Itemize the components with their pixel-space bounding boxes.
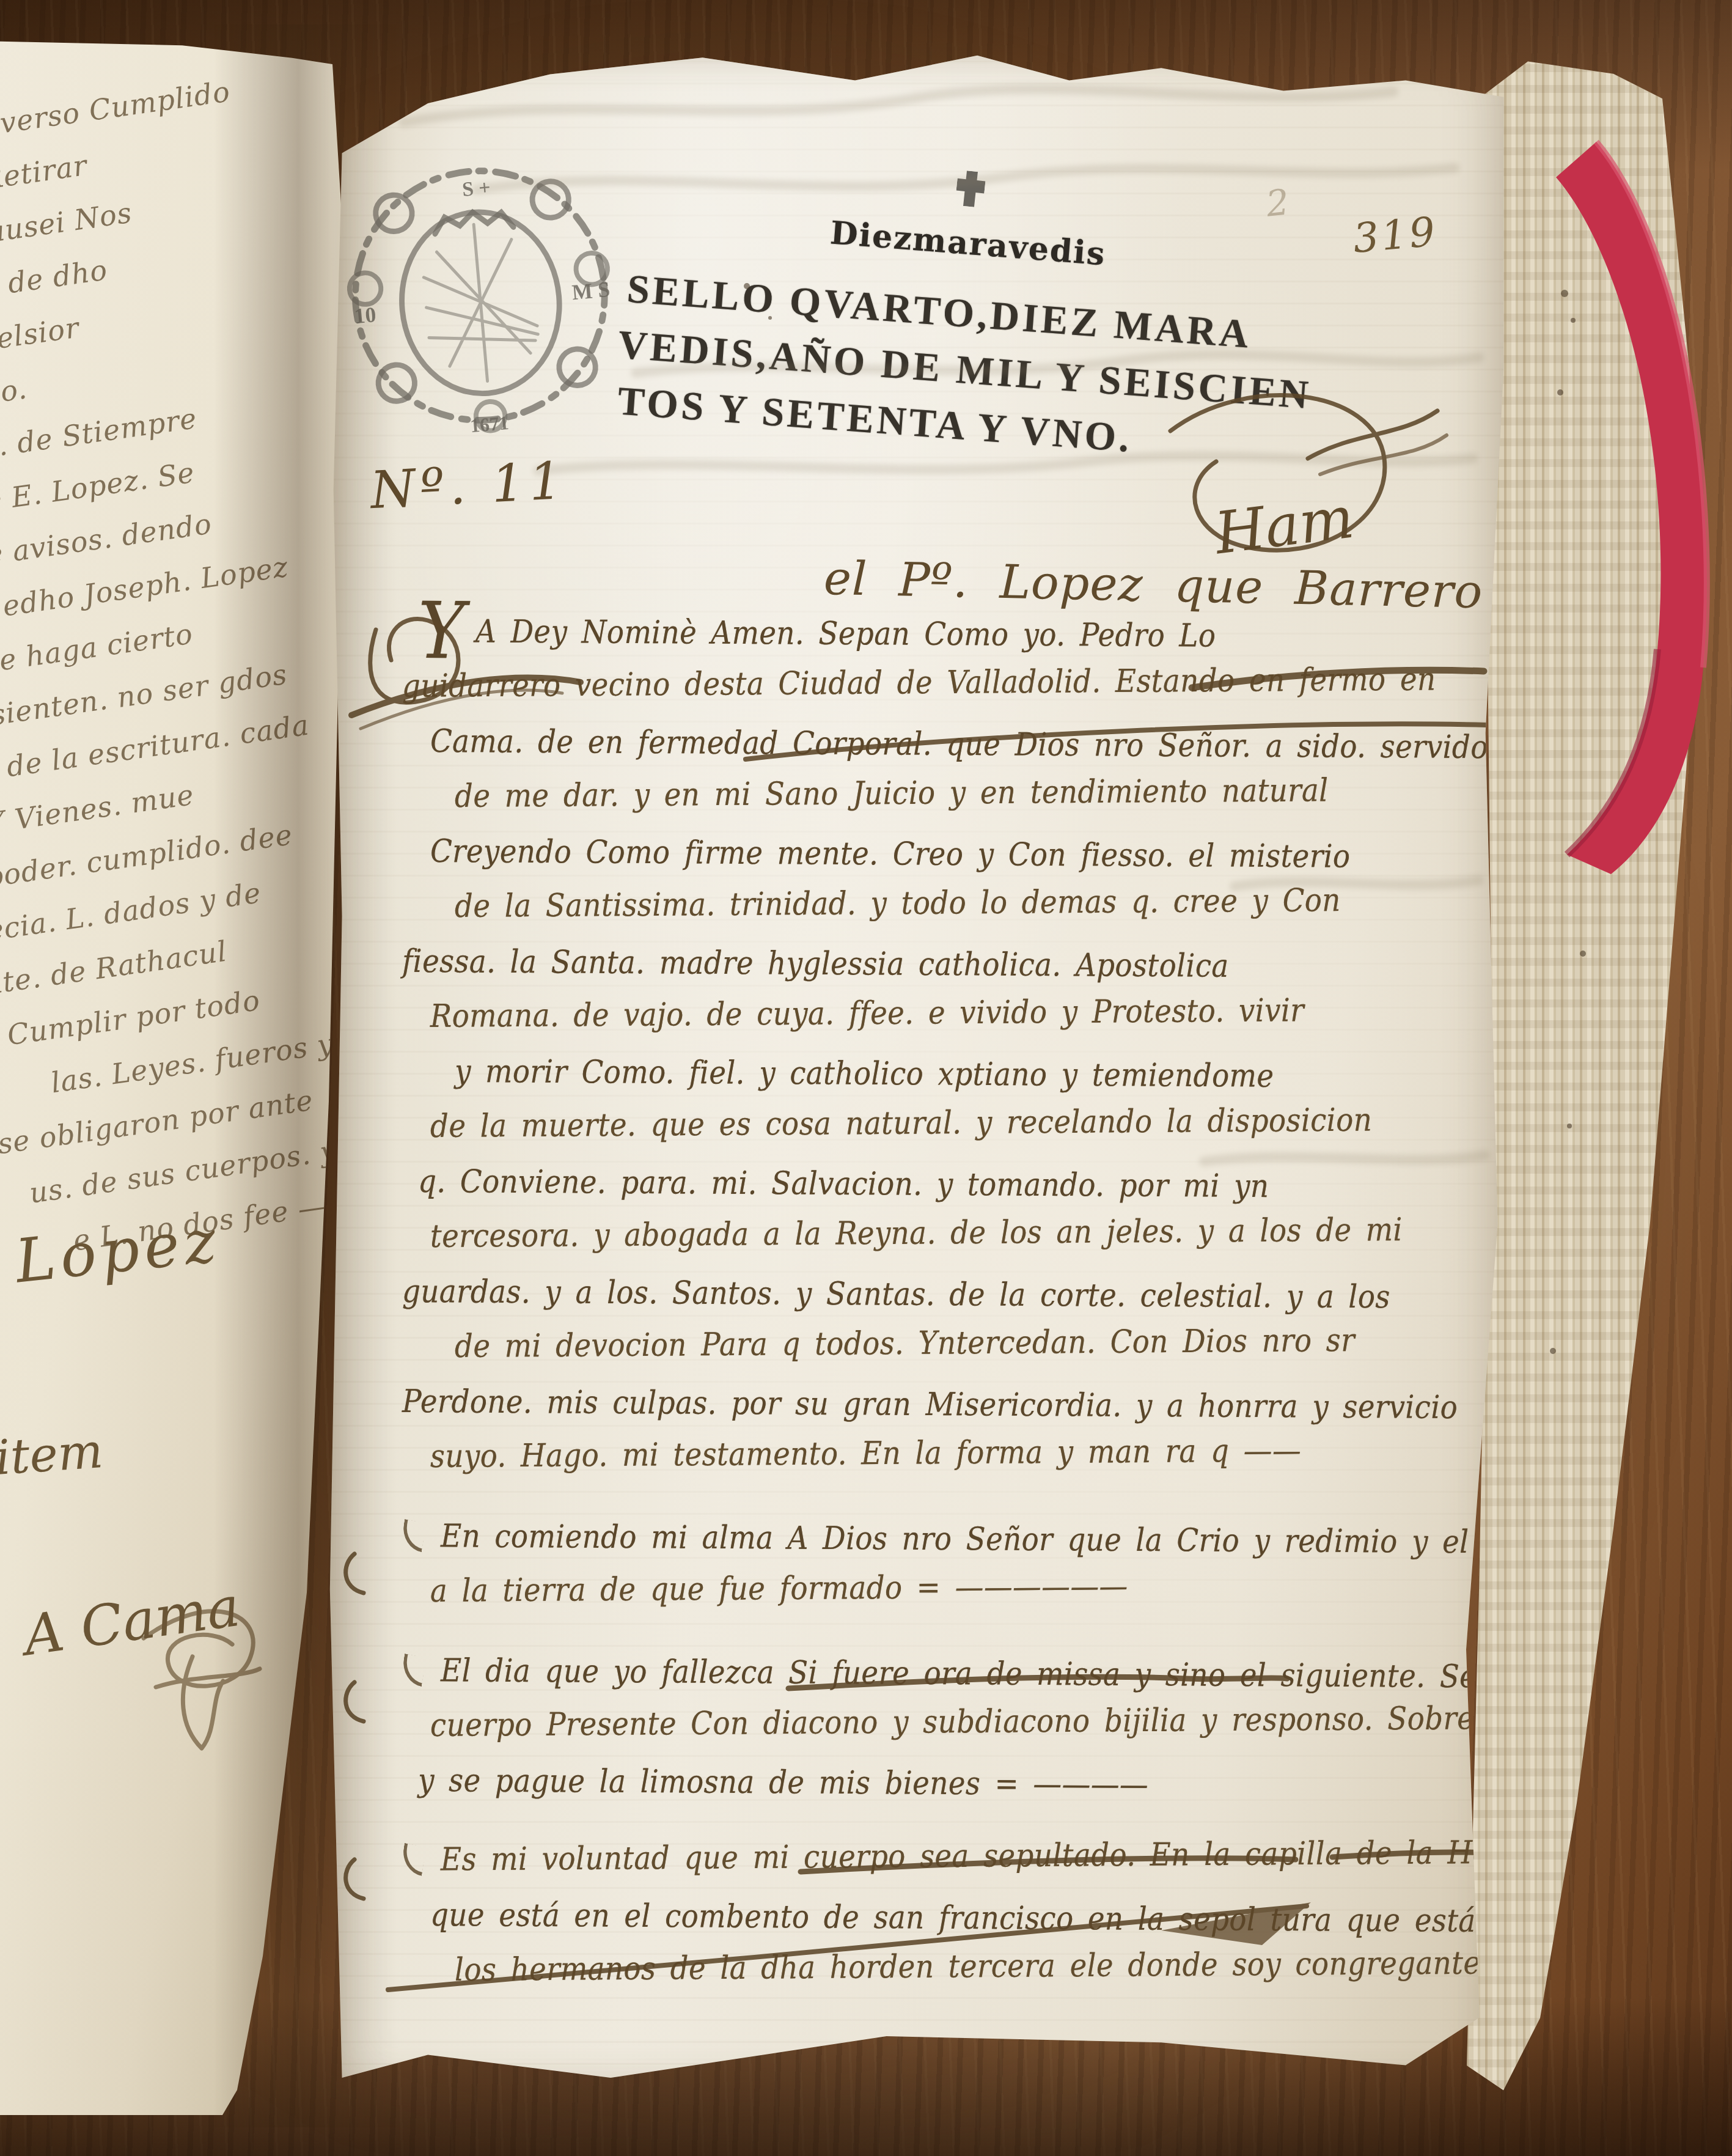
folio-secondary-mark: 2 [1264,181,1291,224]
manuscript-line: de mi devocion Para q todos. Yntercedan.… [455,1312,1403,1374]
manuscript-line: de me dar. y en mi Sano Juicio y en tend… [455,762,1403,824]
printed-heading: SELLO QVARTO,DIEZ MARA VEDIS,AÑO DE MIL … [617,261,1317,480]
main-page: S + 10 M S 1671 Diezmaravedis SELLO QVAR… [318,31,1528,2109]
manuscript-line: guidarrero vecino desta Ciudad de Vallad… [402,652,1398,714]
paragraph-mark-icon [400,1843,427,1876]
document-number: Nº. 11 [369,451,568,521]
book-gutter-shadow [214,24,397,2127]
printer-cross-icon [955,170,986,208]
seal-right-value: M S [571,277,611,304]
manuscript-line: Es mi voluntad que mi cuerpo sea sepulta… [402,1826,1398,1888]
manuscript-line: a la tierra de que fue formado = —————— [430,1557,1401,1619]
seal-year: 1671 [469,412,510,436]
paragraph-mark-icon [400,1654,426,1687]
signature-item: item [0,1424,105,1486]
manuscript-line: suyo. Hago. mi testamento. En la forma y… [430,1422,1401,1484]
tax-stamp-label: Diezmaravedis [829,214,1107,273]
manuscript-line: tercesora. y abogada a la Reyna. de los … [430,1202,1401,1264]
manuscript-body: YA Dey Nominè Amen. Sepan Como yo. Pedro… [402,604,1508,1998]
manuscript-line: y se pague la limosna de mis bienes = ——… [418,1753,1400,1814]
folio-page-number: 319 [1351,208,1439,262]
manuscript-line: los hermanos de la dha horden tercera el… [455,1936,1403,1998]
notary-rubric-label: Ham [1211,485,1357,568]
manuscript-line: Romana. de vajo. de cuya. ffee. e vivido… [430,982,1401,1044]
paragraph-mark-icon [400,1519,426,1552]
manuscript-line: de la Santissima. trinidad. y todo lo de… [455,872,1403,934]
manuscript-line: de la muerte. que es cosa natural. y rec… [430,1092,1401,1154]
seal-top-mark: S + [461,176,491,201]
manuscript-line: cuerpo Presente Con diacono y subdiacono… [430,1691,1401,1753]
